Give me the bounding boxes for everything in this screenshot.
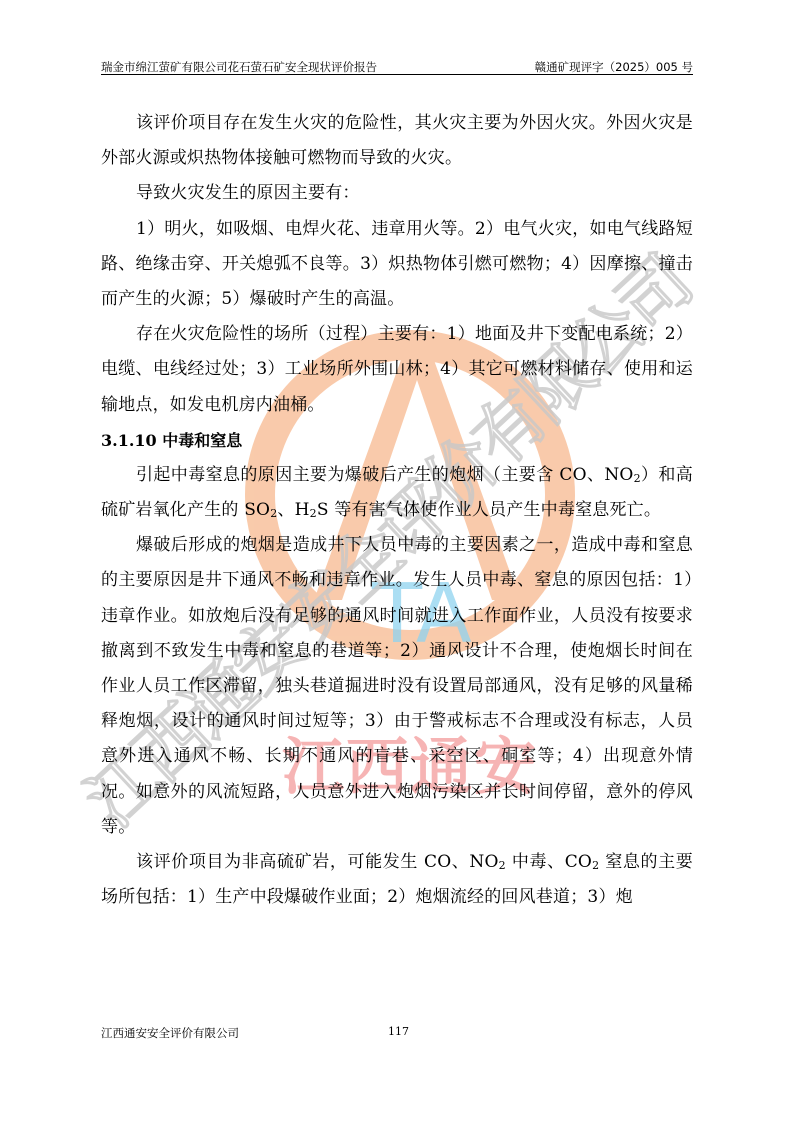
section-heading-poisoning: 3.1.10 中毒和窒息 (101, 423, 693, 458)
paragraph-fire-locations: 存在火灾危险性的场所（过程）主要有：1）地面及井下变配电系统；2）电缆、电线经过… (101, 317, 693, 423)
document-page: TA 江西通安 江西通安安全评价有限公司 瑞金市绵江萤矿有限公司花石萤石矿安全现… (0, 0, 793, 1122)
page-body: 该评价项目存在发生火灾的危险性，其火灾主要为外因火灾。外因火灾是外部火源或炽热物… (101, 106, 693, 915)
header-divider (101, 74, 693, 75)
paragraph-fire-causes-list: 1）明火，如吸烟、电焊火花、违章用火等。2）电气火灾，如电气线路短路、绝缘击穿、… (101, 212, 693, 318)
page-header: 瑞金市绵江萤矿有限公司花石萤石矿安全现状评价报告 赣通矿现评字（2025）005… (101, 57, 693, 75)
header-report-number: 赣通矿现评字（2025）005 号 (535, 59, 693, 75)
paragraph-blast-smoke: 爆破后形成的炮烟是造成井下人员中毒的主要因素之一，造成中毒和窒息的主要原因是井下… (101, 528, 693, 845)
paragraph-fire-causes-intro: 导致火灾发生的原因主要有： (101, 176, 693, 211)
page-number: 117 (388, 1025, 409, 1038)
paragraph-fire-risk: 该评价项目存在发生火灾的危险性，其火灾主要为外因火灾。外因火灾是外部火源或炽热物… (101, 106, 693, 176)
footer-company: 江西通安安全评价有限公司 (101, 1025, 239, 1041)
paragraph-poisoning-locations: 该评价项目为非高硫矿岩，可能发生 CO、NO2 中毒、CO2 窒息的主要场所包括… (101, 845, 693, 915)
header-report-title: 瑞金市绵江萤矿有限公司花石萤石矿安全现状评价报告 (101, 59, 377, 75)
paragraph-poisoning-causes: 引起中毒窒息的原因主要为爆破后产生的炮烟（主要含 CO、NO2）和高硫矿岩氧化产… (101, 458, 693, 528)
